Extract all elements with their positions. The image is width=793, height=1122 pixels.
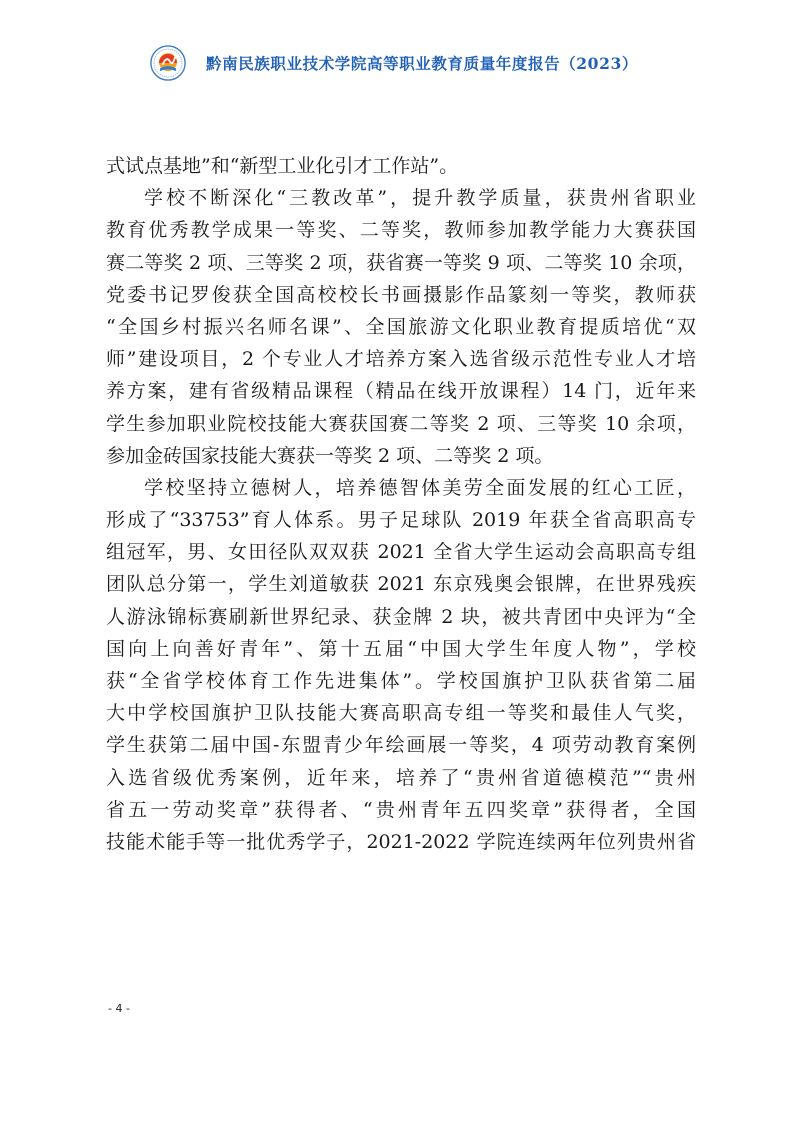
text-line: 技能术能手等一批优秀学子，2021-2022 学院连续两年位列贵州省 xyxy=(106,826,696,858)
text-line: 赛二等奖 2 项、三等奖 2 项，获省赛一等奖 9 项、二等奖 10 余项， xyxy=(106,247,696,279)
text-line: 入选省级优秀案例，近年来，培养了“贵州省道德模范”“贵州 xyxy=(106,762,696,794)
text-line: 组冠军，男、女田径队双双获 2021 全省大学生运动会高职高专组 xyxy=(106,536,696,568)
text-line: 党委书记罗俊获全国高校校长书画摄影作品篆刻一等奖，教师获 xyxy=(106,279,696,311)
paragraph: 学校坚持立德树人，培养德智体美劳全面发展的红心工匠，形成了“33753”育人体系… xyxy=(106,472,696,858)
text-line: 教育优秀教学成果一等奖、二等奖，教师参加教学能力大赛获国 xyxy=(106,214,696,246)
text-line: 国向上向善好青年”、第十五届“中国大学生年度人物”，学校 xyxy=(106,633,696,665)
text-line: 式试点基地”和“新型工业化引才工作站”。 xyxy=(106,150,696,182)
school-emblem-icon xyxy=(150,45,186,81)
document-body: 式试点基地”和“新型工业化引才工作站”。学校不断深化“三教改革”，提升教学质量，… xyxy=(106,150,696,858)
text-line: 大中学校国旗护卫队技能大赛高职高专组一等奖和最佳人气奖， xyxy=(106,697,696,729)
text-line: 参加金砖国家技能大赛获一等奖 2 项、二等奖 2 项。 xyxy=(106,440,696,472)
text-line: 形成了“33753”育人体系。男子足球队 2019 年获全省高职高专 xyxy=(106,504,696,536)
text-line: 养方案，建有省级精品课程（精品在线开放课程）14 门，近年来 xyxy=(106,375,696,407)
text-line: 团队总分第一，学生刘道敏获 2021 东京残奥会银牌，在世界残疾 xyxy=(106,568,696,600)
text-line: 人游泳锦标赛刷新世界纪录、获金牌 2 块，被共青团中央评为“全 xyxy=(106,601,696,633)
text-line: 学校坚持立德树人，培养德智体美劳全面发展的红心工匠， xyxy=(106,472,696,504)
paragraph: 学校不断深化“三教改革”，提升教学质量，获贵州省职业教育优秀教学成果一等奖、二等… xyxy=(106,182,696,472)
text-line: 获“全省学校体育工作先进集体”。学校国旗护卫队获省第二届 xyxy=(106,665,696,697)
report-title: 黔南民族职业技术学院高等职业教育质量年度报告（2023） xyxy=(206,52,638,74)
text-line: 学生获第二届中国-东盟青少年绘画展一等奖，4 项劳动教育案例 xyxy=(106,729,696,761)
text-line: 省五一劳动奖章”获得者、“贵州青年五四奖章”获得者，全国 xyxy=(106,794,696,826)
text-line: 学生参加职业院校技能大赛获国赛二等奖 2 项、三等奖 10 余项， xyxy=(106,408,696,440)
text-line: 学校不断深化“三教改革”，提升教学质量，获贵州省职业 xyxy=(106,182,696,214)
text-line: 师”建设项目，2 个专业人才培养方案入选省级示范性专业人才培 xyxy=(106,343,696,375)
page-header: 黔南民族职业技术学院高等职业教育质量年度报告（2023） xyxy=(150,43,638,83)
paragraph: 式试点基地”和“新型工业化引才工作站”。 xyxy=(106,150,696,182)
page-number: - 4 - xyxy=(108,1002,130,1015)
text-line: “全国乡村振兴名师名课”、全国旅游文化职业教育提质培优“双 xyxy=(106,311,696,343)
